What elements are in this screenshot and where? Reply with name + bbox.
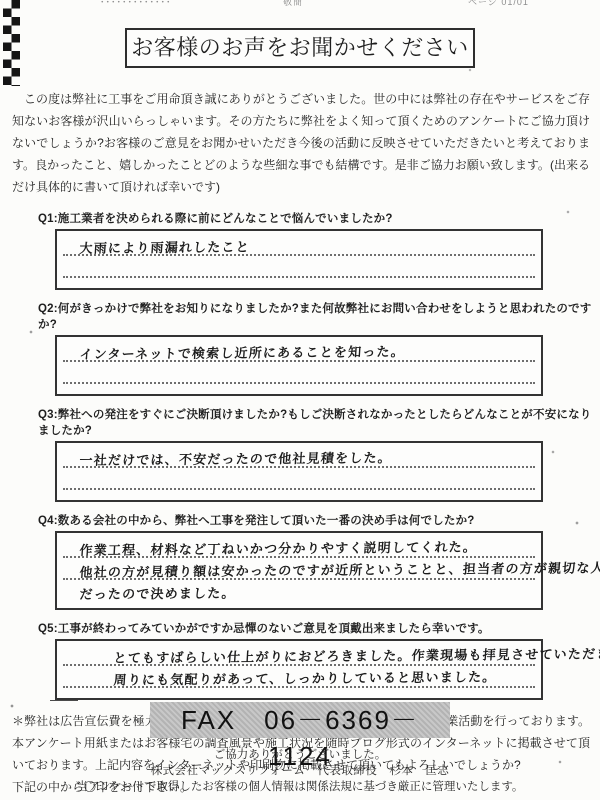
answer-line xyxy=(63,362,535,384)
answer-line: 作業工程、材料など丁ねいかつ分かりやすく説明してくれた。 xyxy=(63,536,535,558)
answer-box-q4: 作業工程、材料など丁ねいかつ分かりやすく説明してくれた。 他社の方が見積り額は安… xyxy=(55,531,543,610)
answer-line: 周りにも気配りがあって、しっかりしていると思いました。 xyxy=(63,666,535,688)
question-label-q3: Q3:弊社への発注をすぐにご決断頂けましたか?もしご決断されなかったとしたらどん… xyxy=(38,406,600,438)
answer-line xyxy=(63,256,535,278)
handwritten-answer: 作業工程、材料など丁ねいかつ分かりやすく説明してくれた。 xyxy=(63,536,478,559)
answer-box-q3: 一社だけでは、不安だったので他社見積をした。 xyxy=(55,441,543,502)
answer-line: 一社だけでは、不安だったので他社見積をした。 xyxy=(63,446,535,468)
handwritten-answer: だったので決めました。 xyxy=(63,582,236,603)
thanks-text: ご協力ありがとうございました。 xyxy=(0,746,600,762)
fax-calibration-checker-mark xyxy=(3,0,20,86)
answer-line: とてもすばらしい仕上がりにおどろきました。作業現場も拝見させていただきましたが xyxy=(63,644,535,666)
answer-line: 大雨により雨漏れしたこと xyxy=(63,234,535,256)
fax-header-left-fragment: ･････････････ xyxy=(100,0,172,8)
questions-section: Q1:施工業者を決められる際に前にどんなことで悩んでいましたか? 大雨により雨漏… xyxy=(0,210,600,700)
question-block-q1: Q1:施工業者を決められる際に前にどんなことで悩んでいましたか? 大雨により雨漏… xyxy=(0,210,600,290)
handwritten-answer: とてもすばらしい仕上がりにおどろきました。作業現場も拝見させていただきましたが xyxy=(63,643,600,667)
answer-box-q2: インターネットで検索し近所にあることを知った。 xyxy=(55,335,543,396)
answer-line: だったので決めました。 xyxy=(63,580,535,598)
answer-box-q5: とてもすばらしい仕上がりにおどろきました。作業現場も拝見させていただきましたが … xyxy=(55,639,543,700)
answer-line: 他社の方が見積り額は安かったのですが近所ということと、担当者の方が親切な人 xyxy=(63,558,535,580)
handwritten-answer: インターネットで検索し近所にあることを知った。 xyxy=(63,341,406,363)
answer-line xyxy=(63,468,535,490)
fax-header-center-fragment: 敬簡 xyxy=(283,0,303,8)
privacy-notice: 当アンケートで取得したお客様の個人情報は関係法規に基づき厳正に管理いたします。 xyxy=(0,778,600,794)
question-label-q1: Q1:施工業者を決められる際に前にどんなことで悩んでいましたか? xyxy=(38,210,600,226)
question-block-q2: Q2:何がきっかけで弊社をお知りになりましたか?また何故弊社にお問い合わせをしよ… xyxy=(0,300,600,396)
handwritten-answer: 周りにも気配りがあって、しっかりしていると思いました。 xyxy=(63,666,497,689)
question-label-q5: Q5:工事が終わってみていかがですか忌憚のないご意見を頂戴出来ましたら幸いです。 xyxy=(38,620,600,636)
answer-line: インターネットで検索し近所にあることを知った。 xyxy=(63,340,535,362)
intro-paragraph: この度は弊社に工事をご用命頂き誠にありがとうございました。世の中には弊社の存在や… xyxy=(12,88,590,198)
form-title: お客様のお声をお聞かせください xyxy=(125,28,475,68)
question-block-q5: Q5:工事が終わってみていかがですか忌憚のないご意見を頂戴出来ましたら幸いです。… xyxy=(0,620,600,700)
question-label-q4: Q4:数ある会社の中から、弊社へ工事を発注して頂いた一番の決め手は何でしたか? xyxy=(38,512,600,528)
fax-header-right-fragment: ページ 01/01 xyxy=(468,0,529,8)
handwritten-answer: 大雨により雨漏れしたこと xyxy=(63,236,251,257)
handwritten-answer: 他社の方が見積り額は安かったのですが近所ということと、担当者の方が親切な人 xyxy=(63,557,600,581)
question-block-q3: Q3:弊社への発注をすぐにご決断頂けましたか?もしご決断されなかったとしたらどん… xyxy=(0,406,600,502)
answer-box-q1: 大雨により雨漏れしたこと xyxy=(55,229,543,290)
stray-pen-mark xyxy=(50,700,78,701)
handwritten-answer: 一社だけでは、不安だったので他社見積をした。 xyxy=(63,447,393,469)
question-label-q2: Q2:何がきっかけで弊社をお知りになりましたか?また何故弊社にお問い合わせをしよ… xyxy=(38,300,600,332)
fax-transmission-header: ･････････････ 敬簡 ページ 01/01 xyxy=(0,0,600,9)
question-block-q4: Q4:数ある会社の中から、弊社へ工事を発注して頂いた一番の決め手は何でしたか? … xyxy=(0,512,600,610)
company-signature: 株式会社マックスリフォーム 代表取締役 杉本 匡志 xyxy=(0,762,600,778)
fax-number-banner: FAX 06－6369－1124 xyxy=(150,702,450,738)
scanned-questionnaire-page: ･････････････ 敬簡 ページ 01/01 お客様のお声をお聞かせくだ… xyxy=(0,0,600,800)
